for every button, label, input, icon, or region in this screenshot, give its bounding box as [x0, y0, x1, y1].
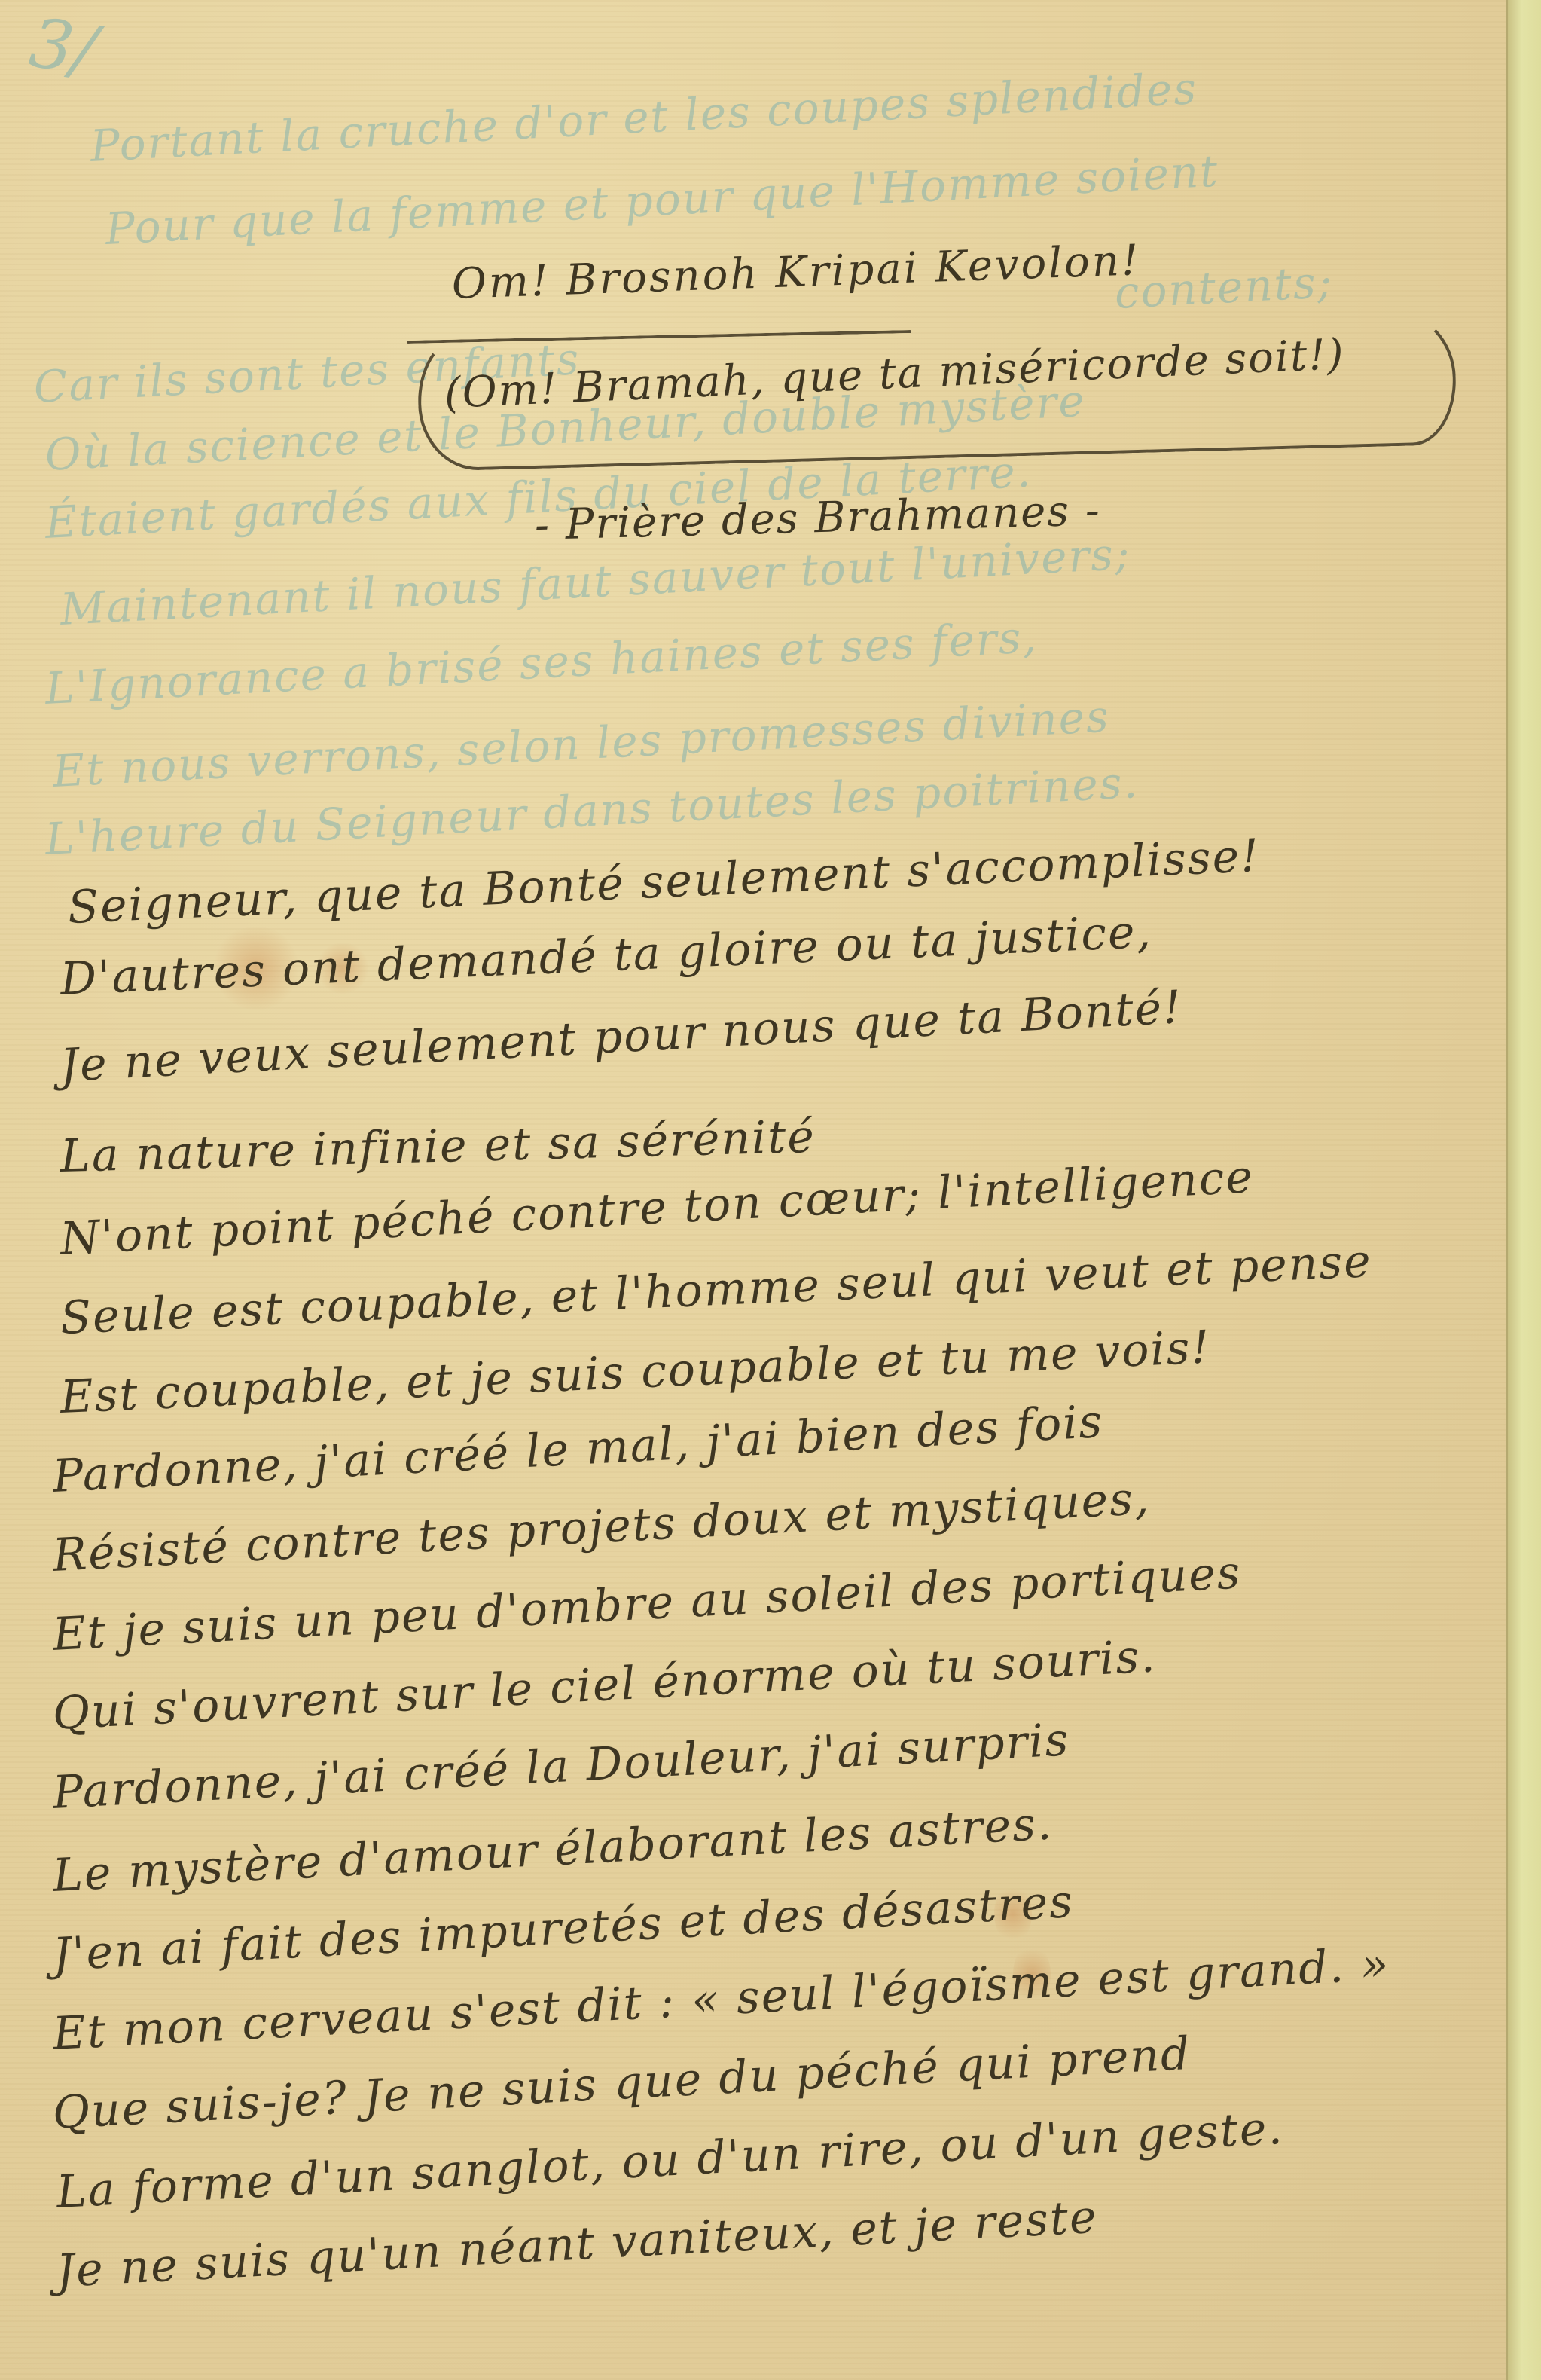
page-number: 3/ — [25, 3, 101, 90]
page-edge — [1506, 0, 1541, 2380]
